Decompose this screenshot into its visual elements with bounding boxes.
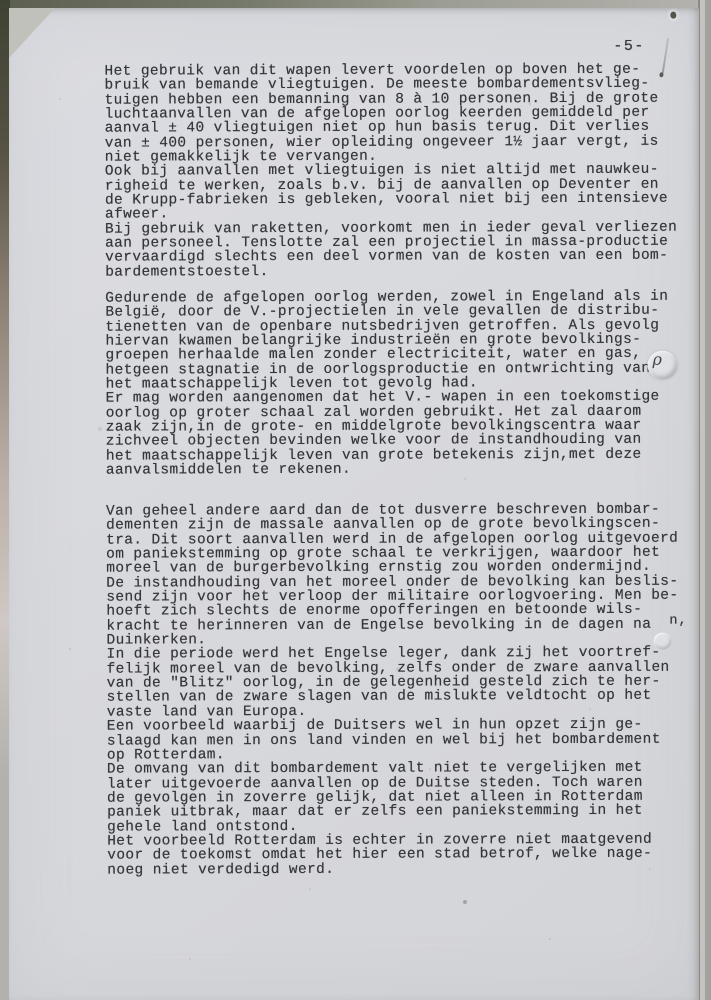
typed-paragraph-2: Gedurende de afgelopen oorlog werden, zo… xyxy=(105,290,669,478)
typed-paragraph-1: Het gebruik van dit wapen levert voordel… xyxy=(104,63,677,280)
staple-speck-icon xyxy=(670,12,676,19)
scan-edge-top xyxy=(0,0,711,9)
page-number: -5- xyxy=(613,38,645,55)
document-page: -5- Het gebruik van dit wapen levert voo… xyxy=(9,8,699,1000)
small-punch-hole xyxy=(653,633,671,650)
punch-hole-mark: ρ xyxy=(647,351,677,380)
margin-note-n: n, xyxy=(669,614,687,629)
scan-edge-right xyxy=(698,0,711,1000)
page-content: -5- Het gebruik van dit wapen levert voo… xyxy=(7,7,700,1000)
scanned-page: -5- Het gebruik van dit wapen levert voo… xyxy=(0,0,711,1000)
pencil-note-rho: ρ xyxy=(652,350,661,369)
typed-paragraph-3: Van geheel andere aard dan de tot dusver… xyxy=(106,503,679,878)
scan-edge-left xyxy=(0,0,10,780)
